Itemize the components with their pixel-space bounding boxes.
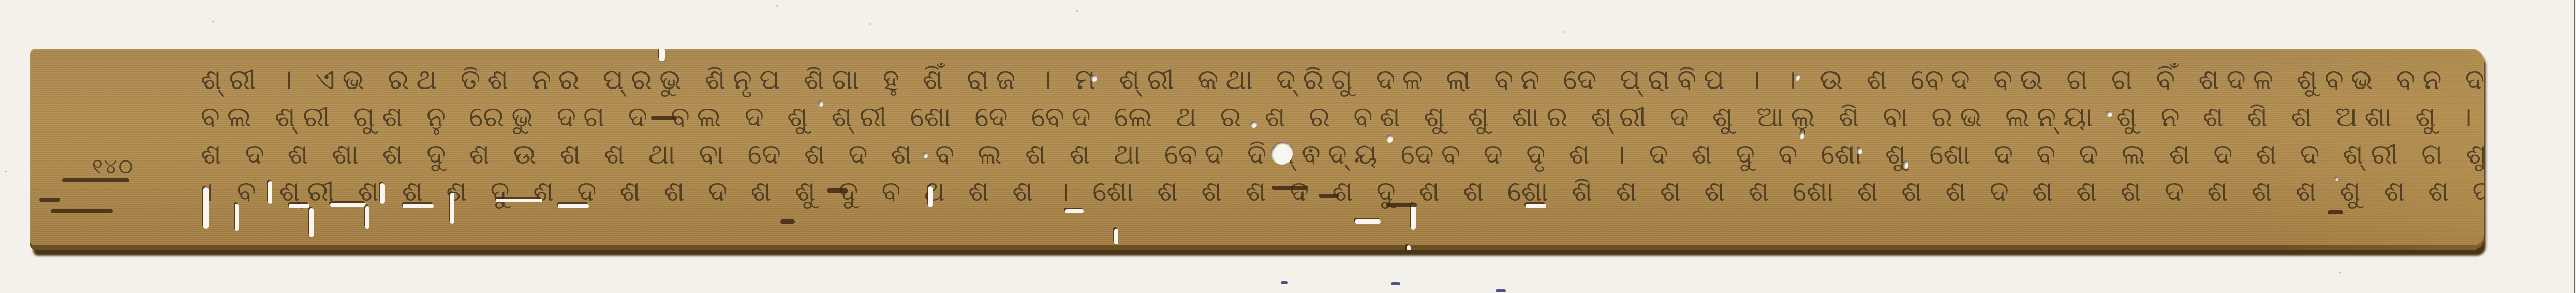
worm-hole: [923, 152, 928, 158]
ruler-mark: [1391, 282, 1400, 285]
worm-hole: [1250, 121, 1257, 128]
leaf-tear: [235, 204, 239, 231]
background-speck: [1076, 10, 1078, 12]
worm-track: [780, 219, 795, 224]
ruler-mark: [1281, 281, 1288, 284]
leaf-tear: [659, 49, 665, 61]
worm-hole: [2334, 176, 2338, 181]
background-speck: [5, 171, 7, 172]
worm-hole: [1386, 135, 1393, 143]
photo-stage: ୧୪୦ ଶ୍ରୀ । ଏଭ ରଥ ତିଶ ନର ପ୍ରଭୁ ଶିନୃପ ଶିଗା…: [0, 0, 2576, 293]
worm-hole: [1857, 147, 1862, 154]
background-speck: [869, 23, 871, 25]
leaf-tear: [203, 187, 209, 229]
manuscript-line-3: ଶ ଦ ଶ ଶା ଶ ଦୁ ଶ ଉ ଶ ଶ ଥା ବା ଦେ ଶ ଦ ଶ ବ ଲ…: [201, 138, 2484, 171]
leaf-tear: [365, 206, 369, 229]
leaf-tear: [309, 208, 314, 237]
leaf-tear: [1355, 219, 1381, 224]
background-speck: [1563, 31, 1564, 33]
leaf-tear: [380, 183, 385, 204]
leaf-tear: [330, 203, 366, 207]
worm-hole: [1799, 131, 1804, 139]
leaf-tear: [1411, 204, 1416, 230]
palm-leaf: ୧୪୦ ଶ୍ରୀ । ଏଭ ରଥ ତିଶ ନର ପ୍ରଭୁ ଶିନୃପ ଶିଗା…: [30, 49, 2484, 250]
worm-track: [827, 188, 848, 193]
worm-track: [2328, 210, 2343, 214]
worm-track: [1386, 203, 1417, 207]
worm-hole: [1903, 160, 1908, 169]
worm-track: [1319, 194, 1339, 198]
leaf-tear: [289, 204, 309, 208]
leaf-tear: [496, 199, 542, 202]
background-speck: [2339, 272, 2341, 273]
worm-track: [1272, 186, 1308, 190]
worm-track: [651, 116, 677, 120]
worm-hole: [2106, 111, 2112, 117]
manuscript-line-4: । ବ ଶ୍ରୀ ଶ ଶ ଶ ଦୁ ଶ ଦ ଶ ଶ ଦ ଶ ଶୁ ଦୁ ବ ଥ …: [201, 175, 2484, 208]
leaf-tear: [1065, 209, 1084, 213]
manuscript-line-1: ଶ୍ରୀ । ଏଭ ରଥ ତିଶ ନର ପ୍ରଭୁ ଶିନୃପ ଶିଗା ହୁ …: [201, 63, 2484, 96]
leaf-tear: [1526, 204, 1546, 208]
string-hole: [1271, 142, 1293, 165]
leaf-tear: [403, 204, 434, 208]
worm-track: [39, 198, 60, 202]
image-border-line: [2574, 0, 2575, 293]
worm-track: [62, 178, 129, 182]
background-speck: [212, 21, 214, 22]
ruler-mark: [1496, 289, 1506, 292]
leaf-tear: [450, 193, 454, 224]
leaf-tear: [558, 204, 589, 208]
leaf-tear: [928, 186, 933, 207]
worm-track: [51, 209, 113, 213]
worm-hole: [1091, 75, 1097, 82]
folio-number: ୧୪୦: [92, 155, 134, 179]
background-speck: [776, 5, 778, 7]
leaf-tear: [1114, 229, 1118, 244]
leaf-tear: [1407, 245, 1411, 250]
worm-hole: [1795, 74, 1800, 81]
worm-hole: [818, 100, 823, 107]
leaf-tear: [268, 181, 272, 204]
manuscript-line-2: ବଲ ଶ୍ରୀ ଗୁଶ ନୁ ରେଭୁ ଦଗ ଦ ବଲ ଦ ଶୁ ଶ୍ରୀ ଶୋ…: [201, 100, 2484, 134]
